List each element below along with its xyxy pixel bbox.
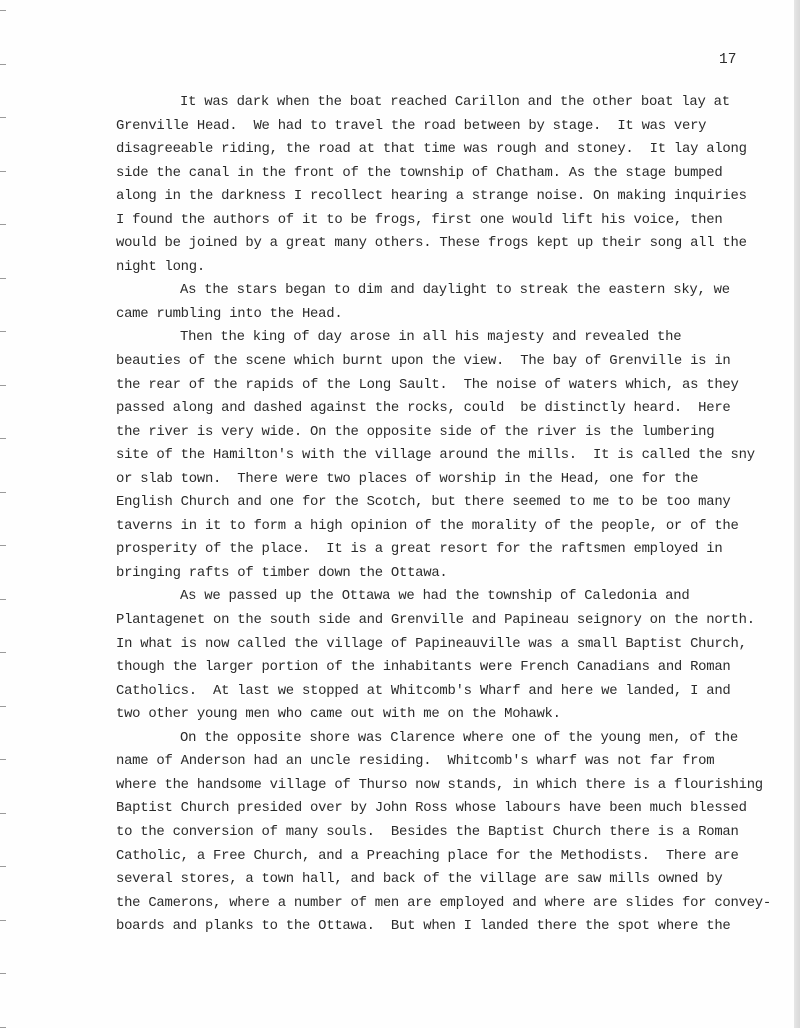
- text-line: along in the darkness I recollect hearin…: [116, 185, 796, 209]
- text-line: where the handsome village of Thurso now…: [116, 774, 796, 798]
- text-line: taverns in it to form a high opinion of …: [116, 515, 796, 539]
- text-line: would be joined by a great many others. …: [116, 232, 796, 256]
- text-line: I found the authors of it to be frogs, f…: [116, 209, 796, 233]
- tick-mark: [0, 920, 6, 921]
- text-line: As the stars began to dim and daylight t…: [116, 279, 796, 303]
- text-line: the Camerons, where a number of men are …: [116, 892, 796, 916]
- text-line: or slab town. There were two places of w…: [116, 468, 796, 492]
- tick-mark: [0, 599, 6, 600]
- tick-mark: [0, 278, 6, 279]
- paragraph: As we passed up the Ottawa we had the to…: [116, 585, 796, 726]
- text-line: to the conversion of many souls. Besides…: [116, 821, 796, 845]
- document-page: 17 It was dark when the boat reached Car…: [0, 0, 800, 1028]
- text-line: several stores, a town hall, and back of…: [116, 868, 796, 892]
- text-line: prosperity of the place. It is a great r…: [116, 538, 796, 562]
- text-line: Plantagenet on the south side and Grenvi…: [116, 609, 796, 633]
- text-line: English Church and one for the Scotch, b…: [116, 491, 796, 515]
- text-line: Baptist Church presided over by John Ros…: [116, 797, 796, 821]
- tick-mark: [0, 331, 6, 332]
- text-line: In what is now called the village of Pap…: [116, 633, 796, 657]
- tick-mark: [0, 545, 6, 546]
- tick-mark: [0, 706, 6, 707]
- tick-mark: [0, 438, 6, 439]
- page-number: 17: [719, 52, 736, 68]
- text-line: disagreeable riding, the road at that ti…: [116, 138, 796, 162]
- text-line: though the larger portion of the inhabit…: [116, 656, 796, 680]
- paragraph: Then the king of day arose in all his ma…: [116, 326, 796, 585]
- text-line: side the canal in the front of the towns…: [116, 162, 796, 186]
- text-line: As we passed up the Ottawa we had the to…: [116, 585, 796, 609]
- text-line: On the opposite shore was Clarence where…: [116, 727, 796, 751]
- text-line: Grenville Head. We had to travel the roa…: [116, 115, 796, 139]
- text-line: Then the king of day arose in all his ma…: [116, 326, 796, 350]
- tick-mark: [0, 813, 6, 814]
- tick-mark: [0, 10, 6, 11]
- tick-mark: [0, 973, 6, 974]
- tick-mark: [0, 759, 6, 760]
- text-line: two other young men who came out with me…: [116, 703, 796, 727]
- text-line: Catholics. At last we stopped at Whitcom…: [116, 680, 796, 704]
- text-line: boards and planks to the Ottawa. But whe…: [116, 915, 796, 939]
- paragraph: It was dark when the boat reached Carill…: [116, 91, 796, 279]
- text-line: It was dark when the boat reached Carill…: [116, 91, 796, 115]
- document-body: It was dark when the boat reached Carill…: [116, 91, 796, 939]
- tick-mark: [0, 866, 6, 867]
- text-line: site of the Hamilton's with the village …: [116, 444, 796, 468]
- tick-mark: [0, 117, 6, 118]
- tick-mark: [0, 385, 6, 386]
- text-line: night long.: [116, 256, 796, 280]
- tick-mark: [0, 652, 6, 653]
- text-line: Catholic, a Free Church, and a Preaching…: [116, 845, 796, 869]
- paragraph: As the stars began to dim and daylight t…: [116, 279, 796, 326]
- tick-mark: [0, 492, 6, 493]
- tick-mark: [0, 64, 6, 65]
- paragraph: On the opposite shore was Clarence where…: [116, 727, 796, 939]
- text-line: passed along and dashed against the rock…: [116, 397, 796, 421]
- text-line: beauties of the scene which burnt upon t…: [116, 350, 796, 374]
- tick-mark: [0, 171, 6, 172]
- text-line: the river is very wide. On the opposite …: [116, 421, 796, 445]
- text-line: came rumbling into the Head.: [116, 303, 796, 327]
- text-line: the rear of the rapids of the Long Sault…: [116, 374, 796, 398]
- tick-mark: [0, 224, 6, 225]
- text-line: name of Anderson had an uncle residing. …: [116, 750, 796, 774]
- text-line: bringing rafts of timber down the Ottawa…: [116, 562, 796, 586]
